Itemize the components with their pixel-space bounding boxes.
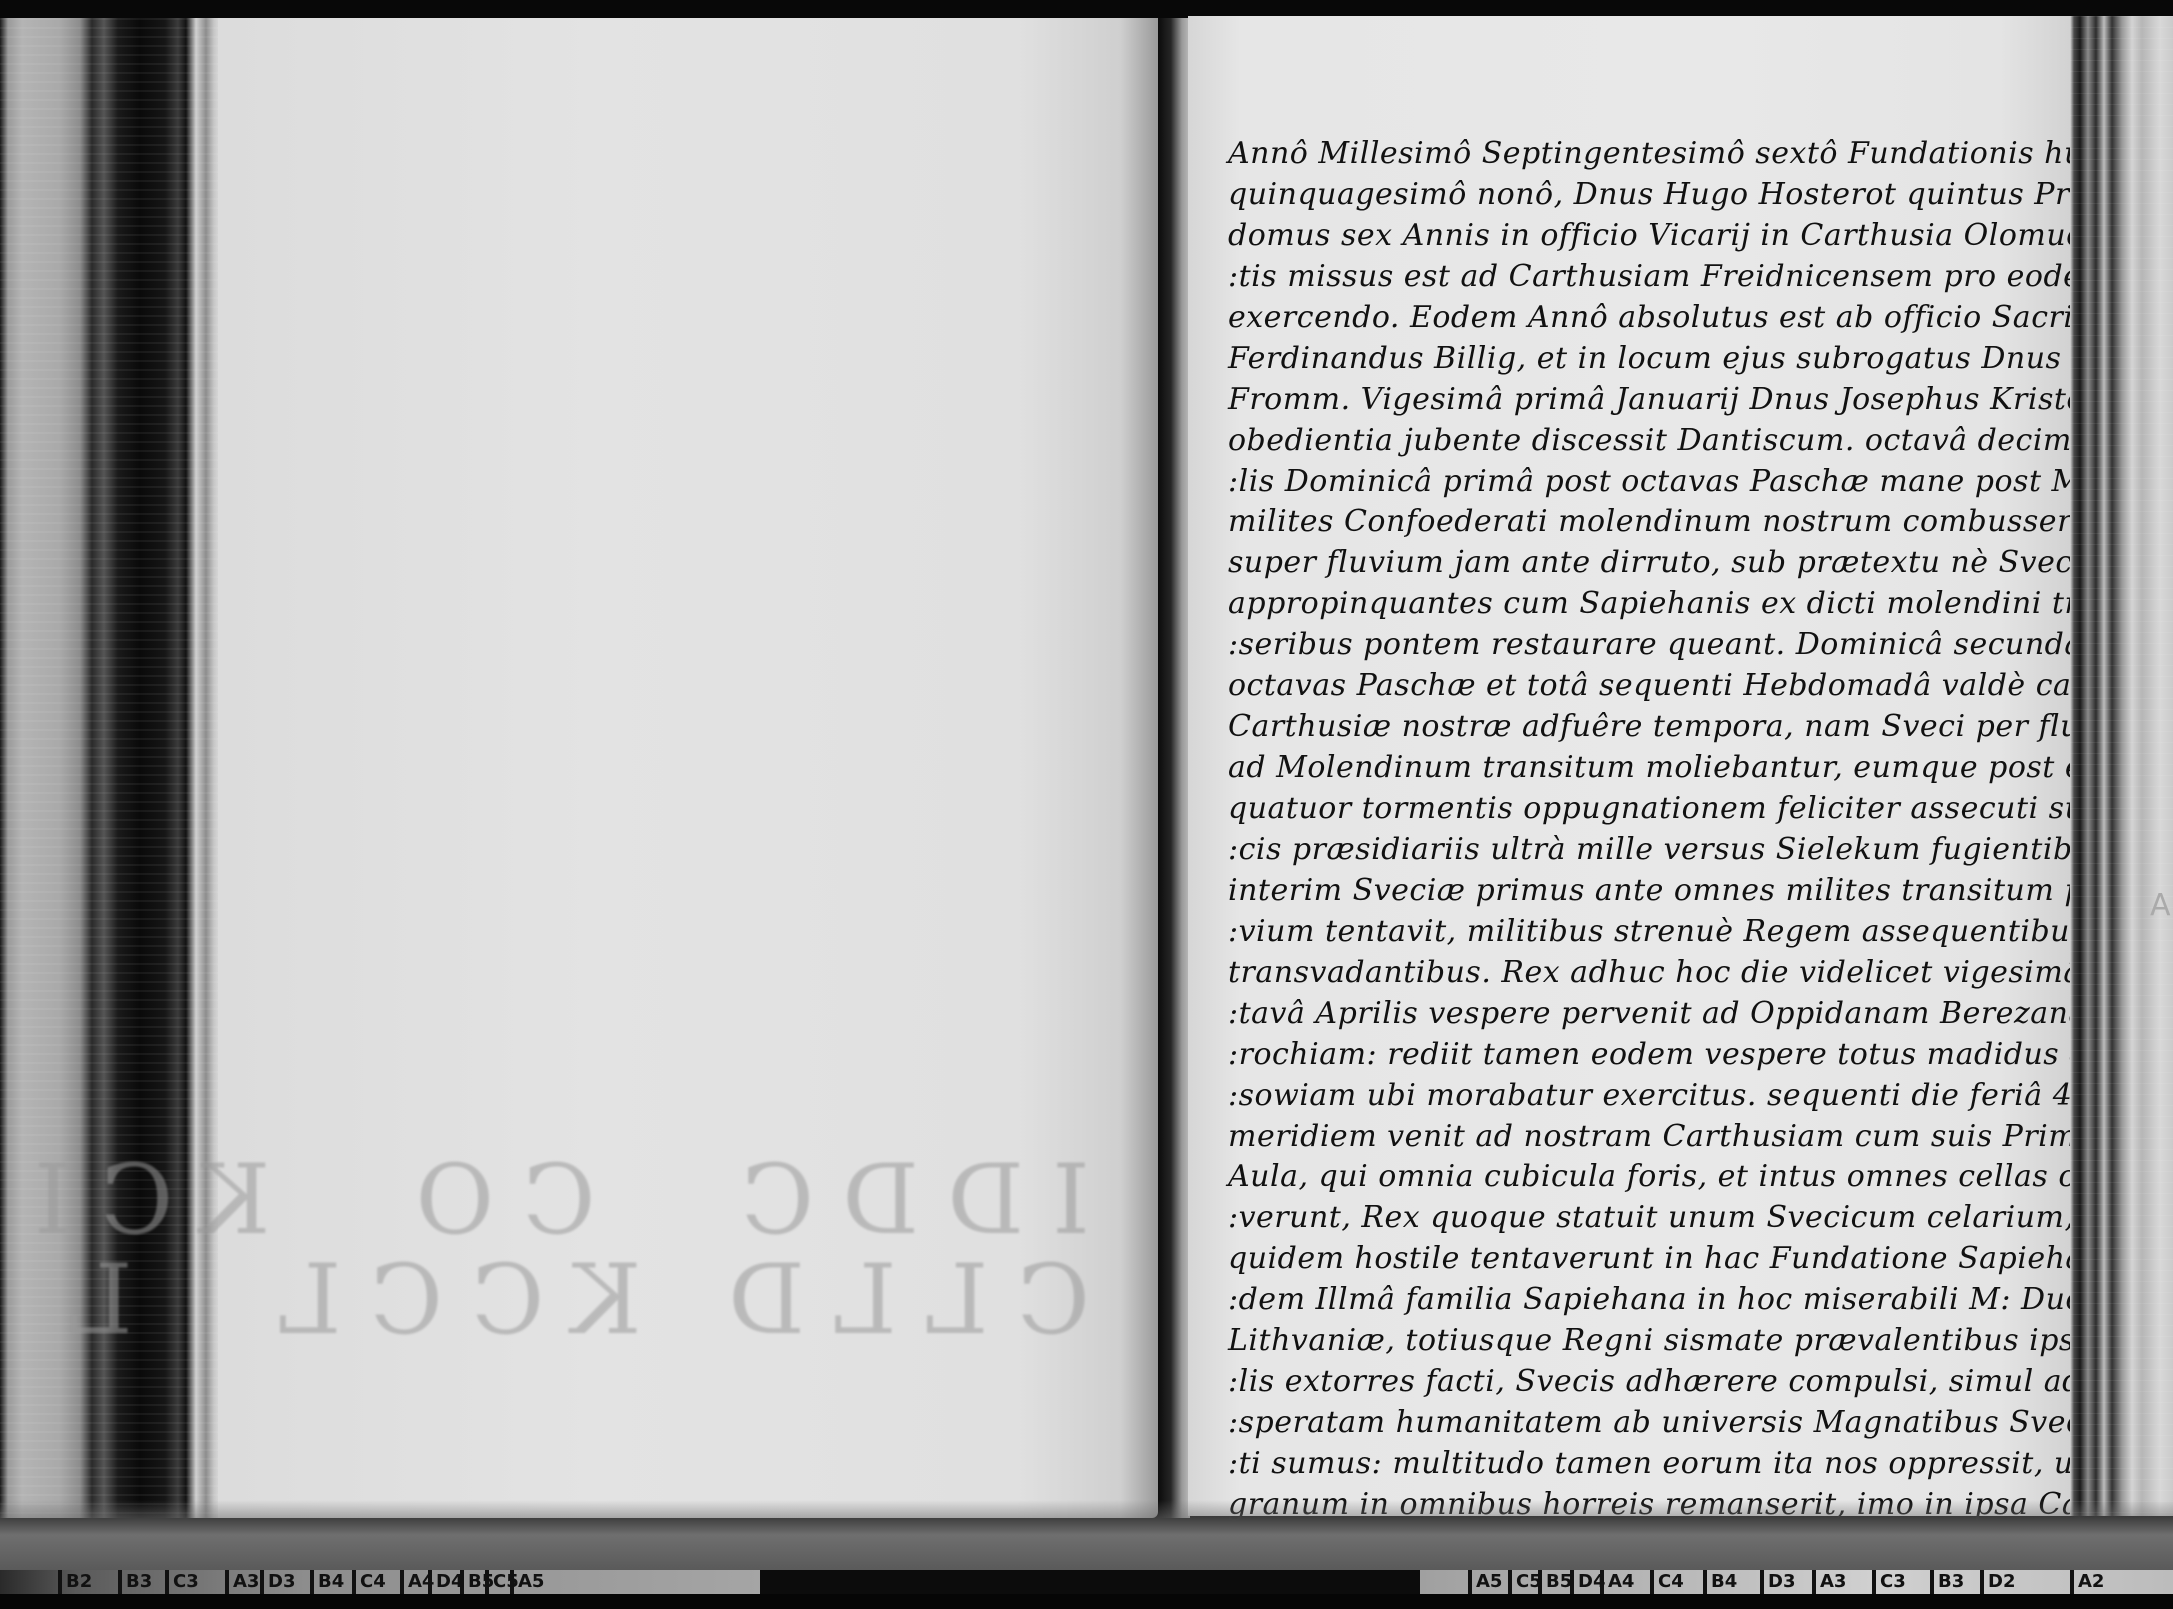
manuscript-line: quatuor tormentis oppugnationem felicite…: [1228, 789, 2058, 830]
calibration-patch: A5: [510, 1570, 544, 1594]
calibration-patch: A2: [2070, 1570, 2104, 1594]
manuscript-line: :ti sumus: multitudo tamen eorum ita nos…: [1228, 1444, 2058, 1485]
manuscript-line: domus sex Annis in officio Vicarij in Ca…: [1228, 216, 2058, 257]
margin-letter: A: [2150, 888, 2171, 923]
manuscript-line: exercendo. Eodem Annô absolutus est ab o…: [1228, 298, 2058, 339]
page-bottom-shadow: [0, 1500, 2173, 1570]
calibration-patch: D3: [260, 1570, 295, 1594]
manuscript-line: :lis extorres facti, Svecis adhærere com…: [1228, 1362, 2058, 1403]
calibration-patch: D2: [1980, 1570, 2015, 1594]
manuscript-line: Lithvaniæ, totiusque Regni sismate præva…: [1228, 1321, 2058, 1362]
manuscript-line: :dem Illmâ familia Sapiehana in hoc mise…: [1228, 1280, 2058, 1321]
manuscript-line: milites Confoederati molendinum nostrum …: [1228, 502, 2058, 543]
calibration-strip-left: B2B3C3A3D3B4C4A4D4B5C5A5: [0, 1570, 760, 1594]
calibration-patch: A5: [1468, 1570, 1502, 1594]
book-gutter: [1158, 18, 1190, 1518]
calibration-patch: A4: [1600, 1570, 1634, 1594]
manuscript-line: :rochiam: rediit tamen eodem vespere tot…: [1228, 1035, 2058, 1076]
manuscript-line: :sowiam ubi morabatur exercitus. sequent…: [1228, 1076, 2058, 1117]
manuscript-line: :speratam humanitatem ab universis Magna…: [1228, 1403, 2058, 1444]
manuscript-line: :tavâ Aprilis vespere pervenit ad Oppida…: [1228, 994, 2058, 1035]
manuscript-line: :vium tentavit, militibus strenuè Regem …: [1228, 912, 2058, 953]
calibration-patch: A3: [225, 1570, 259, 1594]
calibration-patch: C5: [1508, 1570, 1542, 1594]
calibration-patch: B3: [1930, 1570, 1964, 1594]
manuscript-line: Annô Millesimô Septingentesimô sextô Fun…: [1228, 134, 2058, 175]
microfilm-scan: IDDC CO KCI CLLD KCCL L Annô Millesimô S…: [0, 0, 2173, 1609]
bleed-through-stamp: IDDC CO KCI CLLD KCCL L: [310, 1150, 1090, 1350]
manuscript-line: ad Molendinum transitum moliebantur, eum…: [1228, 748, 2058, 789]
calibration-strip-right: A5C5B5D4A4C4B4D3A3C3B3D2A2: [1420, 1570, 2173, 1594]
manuscript-line: appropinquantes cum Sapiehanis ex dicti …: [1228, 584, 2058, 625]
manuscript-line: super fluvium jam ante dirruto, sub præt…: [1228, 543, 2058, 584]
calibration-patch: B4: [310, 1570, 344, 1594]
calibration-patch: B3: [118, 1570, 152, 1594]
calibration-patch: B2: [58, 1570, 92, 1594]
manuscript-line: Fromm. Vigesimâ primâ Januarij Dnus Jose…: [1228, 380, 2058, 421]
right-page-manuscript: Annô Millesimô Septingentesimô sextô Fun…: [1188, 16, 2070, 1516]
manuscript-line: obedientia jubente discessit Dantiscum. …: [1228, 421, 2058, 462]
manuscript-line: :tis missus est ad Carthusiam Freidnicen…: [1228, 257, 2058, 298]
calibration-patch: C4: [352, 1570, 386, 1594]
calibration-patch: C3: [1872, 1570, 1906, 1594]
manuscript-line: octavas Paschæ et totâ sequenti Hebdomad…: [1228, 666, 2058, 707]
right-page-edge-stack: [2070, 16, 2173, 1516]
manuscript-line: Aula, qui omnia cubicula foris, et intus…: [1228, 1157, 2058, 1198]
manuscript-line: quinquagesimô nonô, Dnus Hugo Hosterot q…: [1228, 175, 2058, 216]
handwritten-text-block: Annô Millesimô Septingentesimô sextô Fun…: [1228, 134, 2058, 1526]
manuscript-line: interim Sveciæ primus ante omnes milites…: [1228, 871, 2058, 912]
manuscript-line: transvadantibus. Rex adhuc hoc die videl…: [1228, 953, 2058, 994]
calibration-patch: C4: [1650, 1570, 1684, 1594]
calibration-patch: B4: [1703, 1570, 1737, 1594]
calibration-patch: B5: [1538, 1570, 1572, 1594]
manuscript-line: quidem hostile tentaverunt in hac Fundat…: [1228, 1239, 2058, 1280]
stamp-line-1: IDDC CO KCI: [6, 1144, 1090, 1256]
stamp-line-2: CLLD KCCL L: [41, 1244, 1090, 1356]
calibration-patch: A3: [1812, 1570, 1846, 1594]
manuscript-line: :cis præsidiariis ultrà mille versus Sie…: [1228, 830, 2058, 871]
manuscript-line: Carthusiæ nostræ adfuêre tempora, nam Sv…: [1228, 707, 2058, 748]
manuscript-line: :verunt, Rex quoque statuit unum Svecicu…: [1228, 1198, 2058, 1239]
manuscript-line: :seribus pontem restaurare queant. Domin…: [1228, 625, 2058, 666]
calibration-patch: D4: [428, 1570, 463, 1594]
manuscript-line: :lis Dominicâ primâ post octavas Paschæ …: [1228, 462, 2058, 503]
manuscript-line: meridiem venit ad nostram Carthusiam cum…: [1228, 1117, 2058, 1158]
manuscript-line: Ferdinandus Billig, et in locum ejus sub…: [1228, 339, 2058, 380]
bottom-film-border: [0, 1594, 2173, 1609]
calibration-patch: D3: [1760, 1570, 1795, 1594]
calibration-patch: C3: [165, 1570, 199, 1594]
